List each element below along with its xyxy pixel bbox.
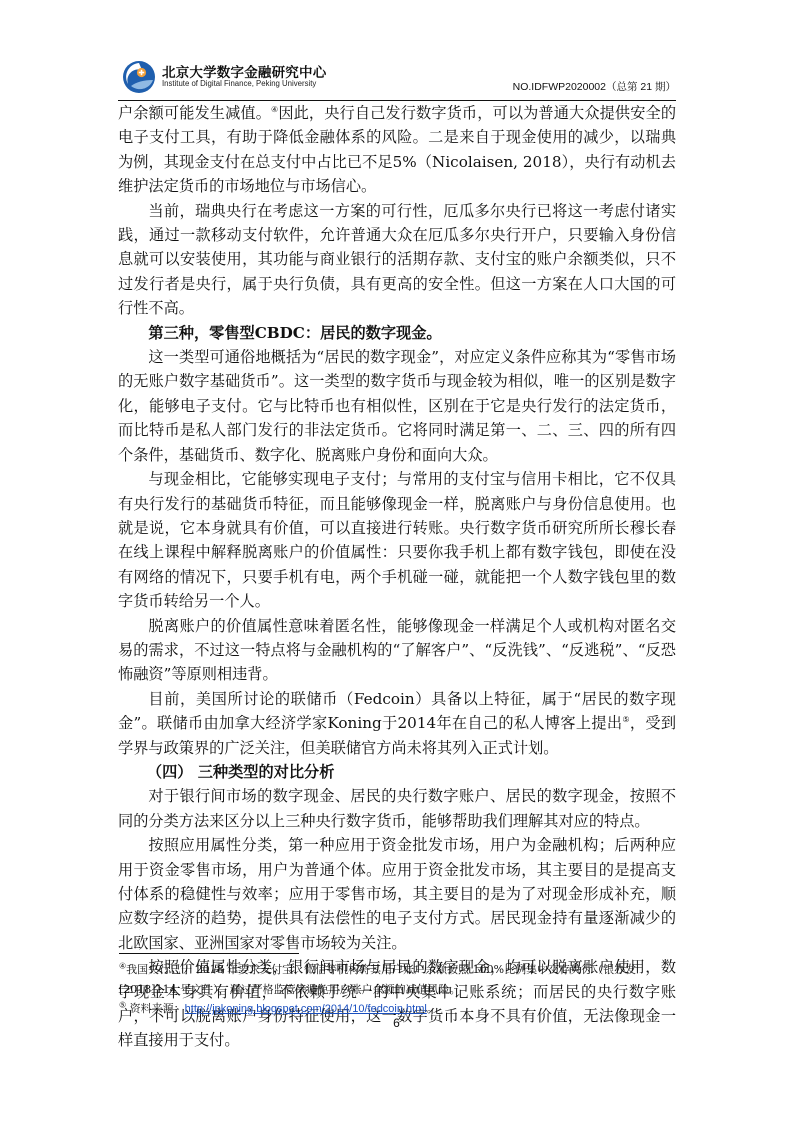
org-name-chinese: 北京大学数字金融研究中心 (162, 61, 326, 81)
document-number: NO.IDFWP2020002（总第 21 期） (513, 79, 676, 94)
footnote-4: ④我国央行已于 2018 年要求支付宝、微信等机构将其用户账户余额按照 100%… (119, 960, 675, 999)
footnotes: ④我国央行已于 2018 年要求支付宝、微信等机构将其用户账户余额按照 100%… (119, 960, 675, 1020)
org-name-english: Institute of Digital Finance, Peking Uni… (162, 79, 316, 88)
paragraph-6: 目前，美国所讨论的联储币（Fedcoin）具备以上特征，属于“居民的数字现金”。… (118, 687, 676, 760)
institute-logo-icon (122, 60, 156, 94)
document-page: 北京大学数字金融研究中心 Institute of Digital Financ… (0, 0, 793, 1122)
paragraph-8: 按照应用属性分类，第一种应用于资金批发市场，用户为金融机构；后两种应用于资金零售… (118, 833, 676, 955)
page-number: 6 (0, 1016, 793, 1030)
footnote-divider (119, 953, 299, 954)
body-content: 户余额可能发生减值。④因此，央行自己发行数字货币，可以为普通大众提供安全的电子支… (118, 101, 676, 1053)
section-heading-comparison: （四） 三种类型的对比分析 (118, 760, 676, 784)
footnote-ref-5[interactable]: ⑤ (622, 715, 629, 724)
section-heading-retail-cbdc: 第三种，零售型CBDC：居民的数字现金。 (118, 321, 676, 345)
paragraph-7: 对于银行间市场的数字现金、居民的央行数字账户、居民的数字现金，按照不同的分类方法… (118, 784, 676, 833)
paragraph-1: 户余额可能发生减值。④因此，央行自己发行数字货币，可以为普通大众提供安全的电子支… (118, 101, 676, 199)
paragraph-5: 脱离账户的价值属性意味着匿名性，能够像现金一样满足个人或机构对匿名交易的需求，不… (118, 614, 676, 687)
page-header: 北京大学数字金融研究中心 Institute of Digital Financ… (118, 55, 676, 103)
paragraph-4: 与现金相比，它能够实现电子支付；与常用的支付宝与信用卡相比，它不仅具有央行发行的… (118, 467, 676, 613)
fedcoin-source-link[interactable]: http://jpkoning.blogspot.com/2014/10/fed… (185, 1003, 427, 1015)
paragraph-2: 当前，瑞典央行在考虑这一方案的可行性，厄瓜多尔央行已将这一考虑付诸实践，通过一款… (118, 199, 676, 321)
paragraph-3: 这一类型可通俗地概括为“居民的数字现金”，对应定义条件应称其为“零售市场的无账户… (118, 345, 676, 467)
